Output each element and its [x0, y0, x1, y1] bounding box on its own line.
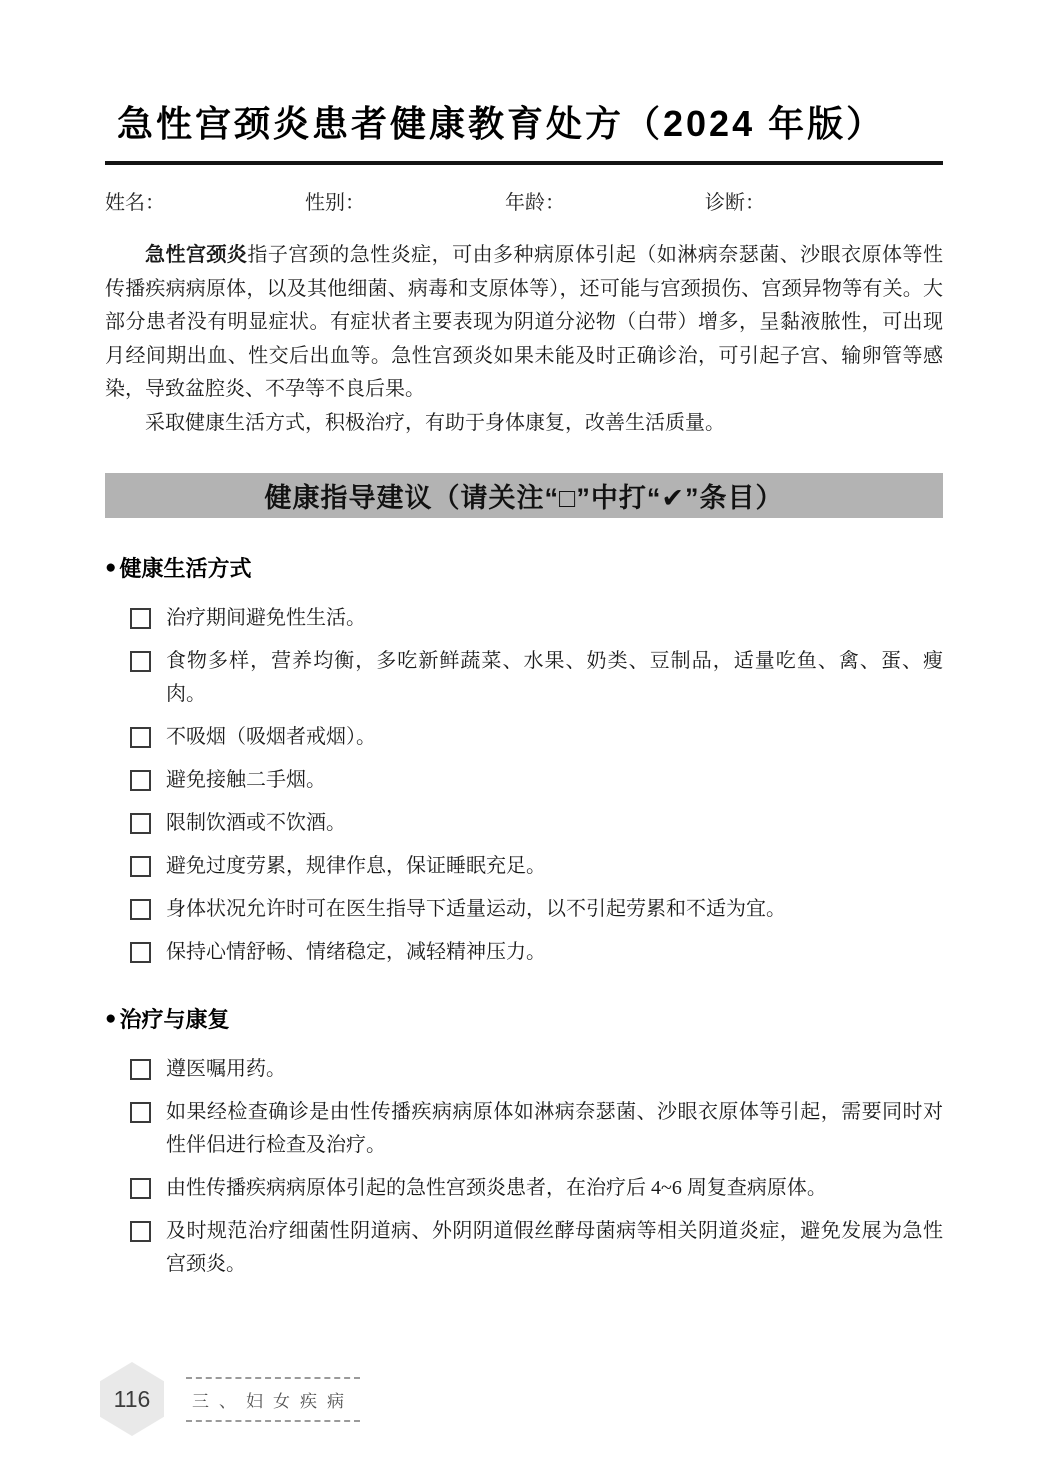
- checkbox-icon[interactable]: [130, 942, 151, 963]
- page-footer: 116 三、妇女疾病: [100, 1362, 360, 1436]
- diagnosis-field-label[interactable]: 诊断：: [705, 186, 905, 215]
- checklist-item: 如果经检查确诊是由性传播疾病病原体如淋病奈瑟菌、沙眼衣原体等引起，需要同时对性伴…: [130, 1096, 943, 1162]
- section-heading-lifestyle: ● 健康生活方式: [105, 552, 943, 583]
- checklist-item-text: 食物多样，营养均衡，多吃新鲜蔬菜、水果、奶类、豆制品，适量吃鱼、禽、蛋、瘦肉。: [166, 645, 943, 711]
- guidance-banner: 健康指导建议（请关注“□”中打“✔”条目）: [105, 473, 943, 518]
- intro-term: 急性宫颈炎: [145, 244, 247, 266]
- gender-field-label[interactable]: 性别：: [305, 186, 505, 215]
- checklist-item-text: 限制饮酒或不饮酒。: [166, 807, 346, 840]
- checklist-item-text: 避免过度劳累，规律作息，保证睡眠充足。: [166, 850, 546, 883]
- checkbox-icon[interactable]: [130, 608, 151, 629]
- intro-block: 急性宫颈炎指子宫颈的急性炎症，可由多种病原体引起（如淋病奈瑟菌、沙眼衣原体等性传…: [105, 239, 943, 440]
- bullet-icon: ●: [105, 1008, 116, 1030]
- page-number-badge: 116: [100, 1362, 164, 1436]
- bullet-icon: ●: [105, 557, 116, 579]
- section-heading-treatment: ● 治疗与康复: [105, 1003, 943, 1034]
- chapter-label: 三、妇女疾病: [186, 1377, 360, 1422]
- checkbox-icon[interactable]: [130, 813, 151, 834]
- document-page: 急性宫颈炎患者健康教育处方（2024 年版） 姓名： 性别： 年龄： 诊断： 急…: [0, 0, 1064, 1474]
- checklist-item: 限制饮酒或不饮酒。: [130, 807, 943, 840]
- page-number: 116: [114, 1386, 151, 1413]
- checklist-item: 身体状况允许时可在医生指导下适量运动，以不引起劳累和不适为宜。: [130, 893, 943, 926]
- section-heading-treatment-label: 治疗与康复: [119, 1003, 229, 1034]
- checklist-item-text: 不吸烟（吸烟者戒烟）。: [166, 721, 376, 754]
- checklist-item-text: 保持心情舒畅、情绪稳定，减轻精神压力。: [166, 936, 546, 969]
- checkbox-icon[interactable]: [130, 770, 151, 791]
- checkbox-icon[interactable]: [130, 1221, 151, 1242]
- checkbox-icon[interactable]: [130, 856, 151, 877]
- checkbox-icon[interactable]: [130, 1178, 151, 1199]
- patient-info-row: 姓名： 性别： 年龄： 诊断：: [105, 186, 943, 215]
- checklist-item-text: 身体状况允许时可在医生指导下适量运动，以不引起劳累和不适为宜。: [166, 893, 786, 926]
- intro-paragraph-1-text: 指子宫颈的急性炎症，可由多种病原体引起（如淋病奈瑟菌、沙眼衣原体等性传播疾病病原…: [105, 244, 943, 400]
- checklist-item: 避免接触二手烟。: [130, 764, 943, 797]
- checklist-item-text: 避免接触二手烟。: [166, 764, 326, 797]
- checklist-item: 不吸烟（吸烟者戒烟）。: [130, 721, 943, 754]
- intro-paragraph-2: 采取健康生活方式，积极治疗，有助于身体康复，改善生活质量。: [105, 407, 943, 441]
- checkbox-icon[interactable]: [130, 727, 151, 748]
- age-field-label[interactable]: 年龄：: [505, 186, 705, 215]
- checkbox-icon[interactable]: [130, 1059, 151, 1080]
- checklist-item: 遵医嘱用药。: [130, 1053, 943, 1086]
- checklist-item-text: 治疗期间避免性生活。: [166, 602, 366, 635]
- section-heading-lifestyle-label: 健康生活方式: [119, 552, 251, 583]
- checklist-item: 保持心情舒畅、情绪稳定，减轻精神压力。: [130, 936, 943, 969]
- checklist-item: 避免过度劳累，规律作息，保证睡眠充足。: [130, 850, 943, 883]
- checklist-item-text: 遵医嘱用药。: [166, 1053, 286, 1086]
- checklist-item: 由性传播疾病病原体引起的急性宫颈炎患者，在治疗后 4~6 周复查病原体。: [130, 1172, 943, 1205]
- checklist-item: 治疗期间避免性生活。: [130, 602, 943, 635]
- checkbox-icon[interactable]: [130, 651, 151, 672]
- page-title: 急性宫颈炎患者健康教育处方（2024 年版）: [105, 96, 943, 147]
- treatment-checklist: 遵医嘱用药。 如果经检查确诊是由性传播疾病病原体如淋病奈瑟菌、沙眼衣原体等引起，…: [105, 1053, 943, 1281]
- intro-paragraph-1: 急性宫颈炎指子宫颈的急性炎症，可由多种病原体引起（如淋病奈瑟菌、沙眼衣原体等性传…: [105, 239, 943, 407]
- title-rule: [105, 161, 943, 165]
- checklist-item: 及时规范治疗细菌性阴道病、外阴阴道假丝酵母菌病等相关阴道炎症，避免发展为急性宫颈…: [130, 1215, 943, 1281]
- checkbox-icon[interactable]: [130, 899, 151, 920]
- checklist-item-text: 由性传播疾病病原体引起的急性宫颈炎患者，在治疗后 4~6 周复查病原体。: [166, 1172, 827, 1205]
- checkbox-icon[interactable]: [130, 1102, 151, 1123]
- page-content: 急性宫颈炎患者健康教育处方（2024 年版） 姓名： 性别： 年龄： 诊断： 急…: [105, 96, 943, 1291]
- name-field-label[interactable]: 姓名：: [105, 186, 305, 215]
- checklist-item-text: 如果经检查确诊是由性传播疾病病原体如淋病奈瑟菌、沙眼衣原体等引起，需要同时对性伴…: [166, 1096, 943, 1162]
- lifestyle-checklist: 治疗期间避免性生活。 食物多样，营养均衡，多吃新鲜蔬菜、水果、奶类、豆制品，适量…: [105, 602, 943, 969]
- checklist-item: 食物多样，营养均衡，多吃新鲜蔬菜、水果、奶类、豆制品，适量吃鱼、禽、蛋、瘦肉。: [130, 645, 943, 711]
- checklist-item-text: 及时规范治疗细菌性阴道病、外阴阴道假丝酵母菌病等相关阴道炎症，避免发展为急性宫颈…: [166, 1215, 943, 1281]
